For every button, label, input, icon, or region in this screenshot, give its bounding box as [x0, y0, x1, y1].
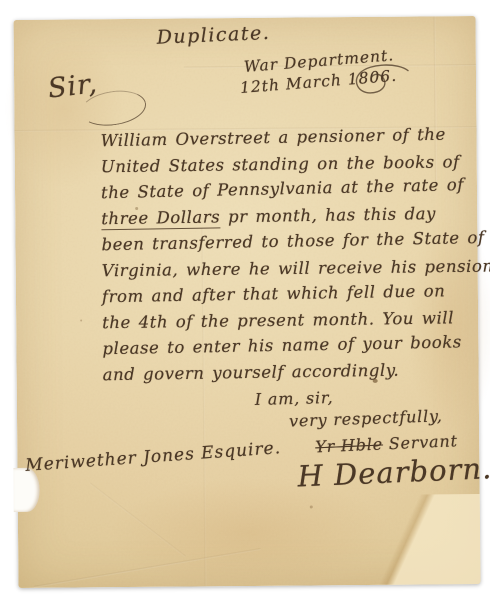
body-line-3: the State of Pennsylvania at the rate of [101, 175, 464, 202]
fold-crease-diagonal-bottom-left [34, 548, 261, 588]
closing-line-3-rest: Servant [382, 431, 458, 453]
speck-2 [310, 505, 313, 508]
body-line-5: been transferred to those for the State … [101, 228, 484, 254]
speck-3 [80, 319, 82, 321]
body-line-8: the 4th of the present month. You will [102, 308, 454, 332]
body-line-10: and govern yourself accordingly. [102, 361, 399, 385]
closing-line-1: I am, sir, [255, 388, 334, 409]
letter-paper: Duplicate. War Department. 12th March 18… [14, 16, 481, 588]
recipient-line: Meriwether Jones Esquire. [25, 438, 282, 476]
body-line-9: please to enter his name of your books [102, 332, 462, 358]
closing-line-2: very respectfully, [289, 406, 443, 430]
folded-corner-bottom-right [330, 494, 481, 585]
body-line-6: Virginia, where he will receive his pens… [102, 256, 490, 280]
body-line-7: from and after that which fell due on [102, 281, 446, 306]
body-line-4-rest: pr month, has this day [220, 204, 436, 226]
annotation-duplicate: Duplicate. [156, 22, 271, 49]
letter-photo: Duplicate. War Department. 12th March 18… [0, 0, 490, 600]
body-line-4: three Dollars pr month, has this day [101, 204, 436, 228]
closing-abbreviation: Yr Hble [315, 434, 383, 456]
fold-crease-vertical-center [201, 228, 206, 586]
fold-crease-diagonal-left [90, 483, 186, 557]
signature: H Dearborn. [297, 451, 490, 493]
underlined-phrase: three Dollars [101, 207, 220, 230]
body-line-2: United States standing on the books of [101, 152, 460, 176]
date-flourish-icon [350, 61, 412, 106]
